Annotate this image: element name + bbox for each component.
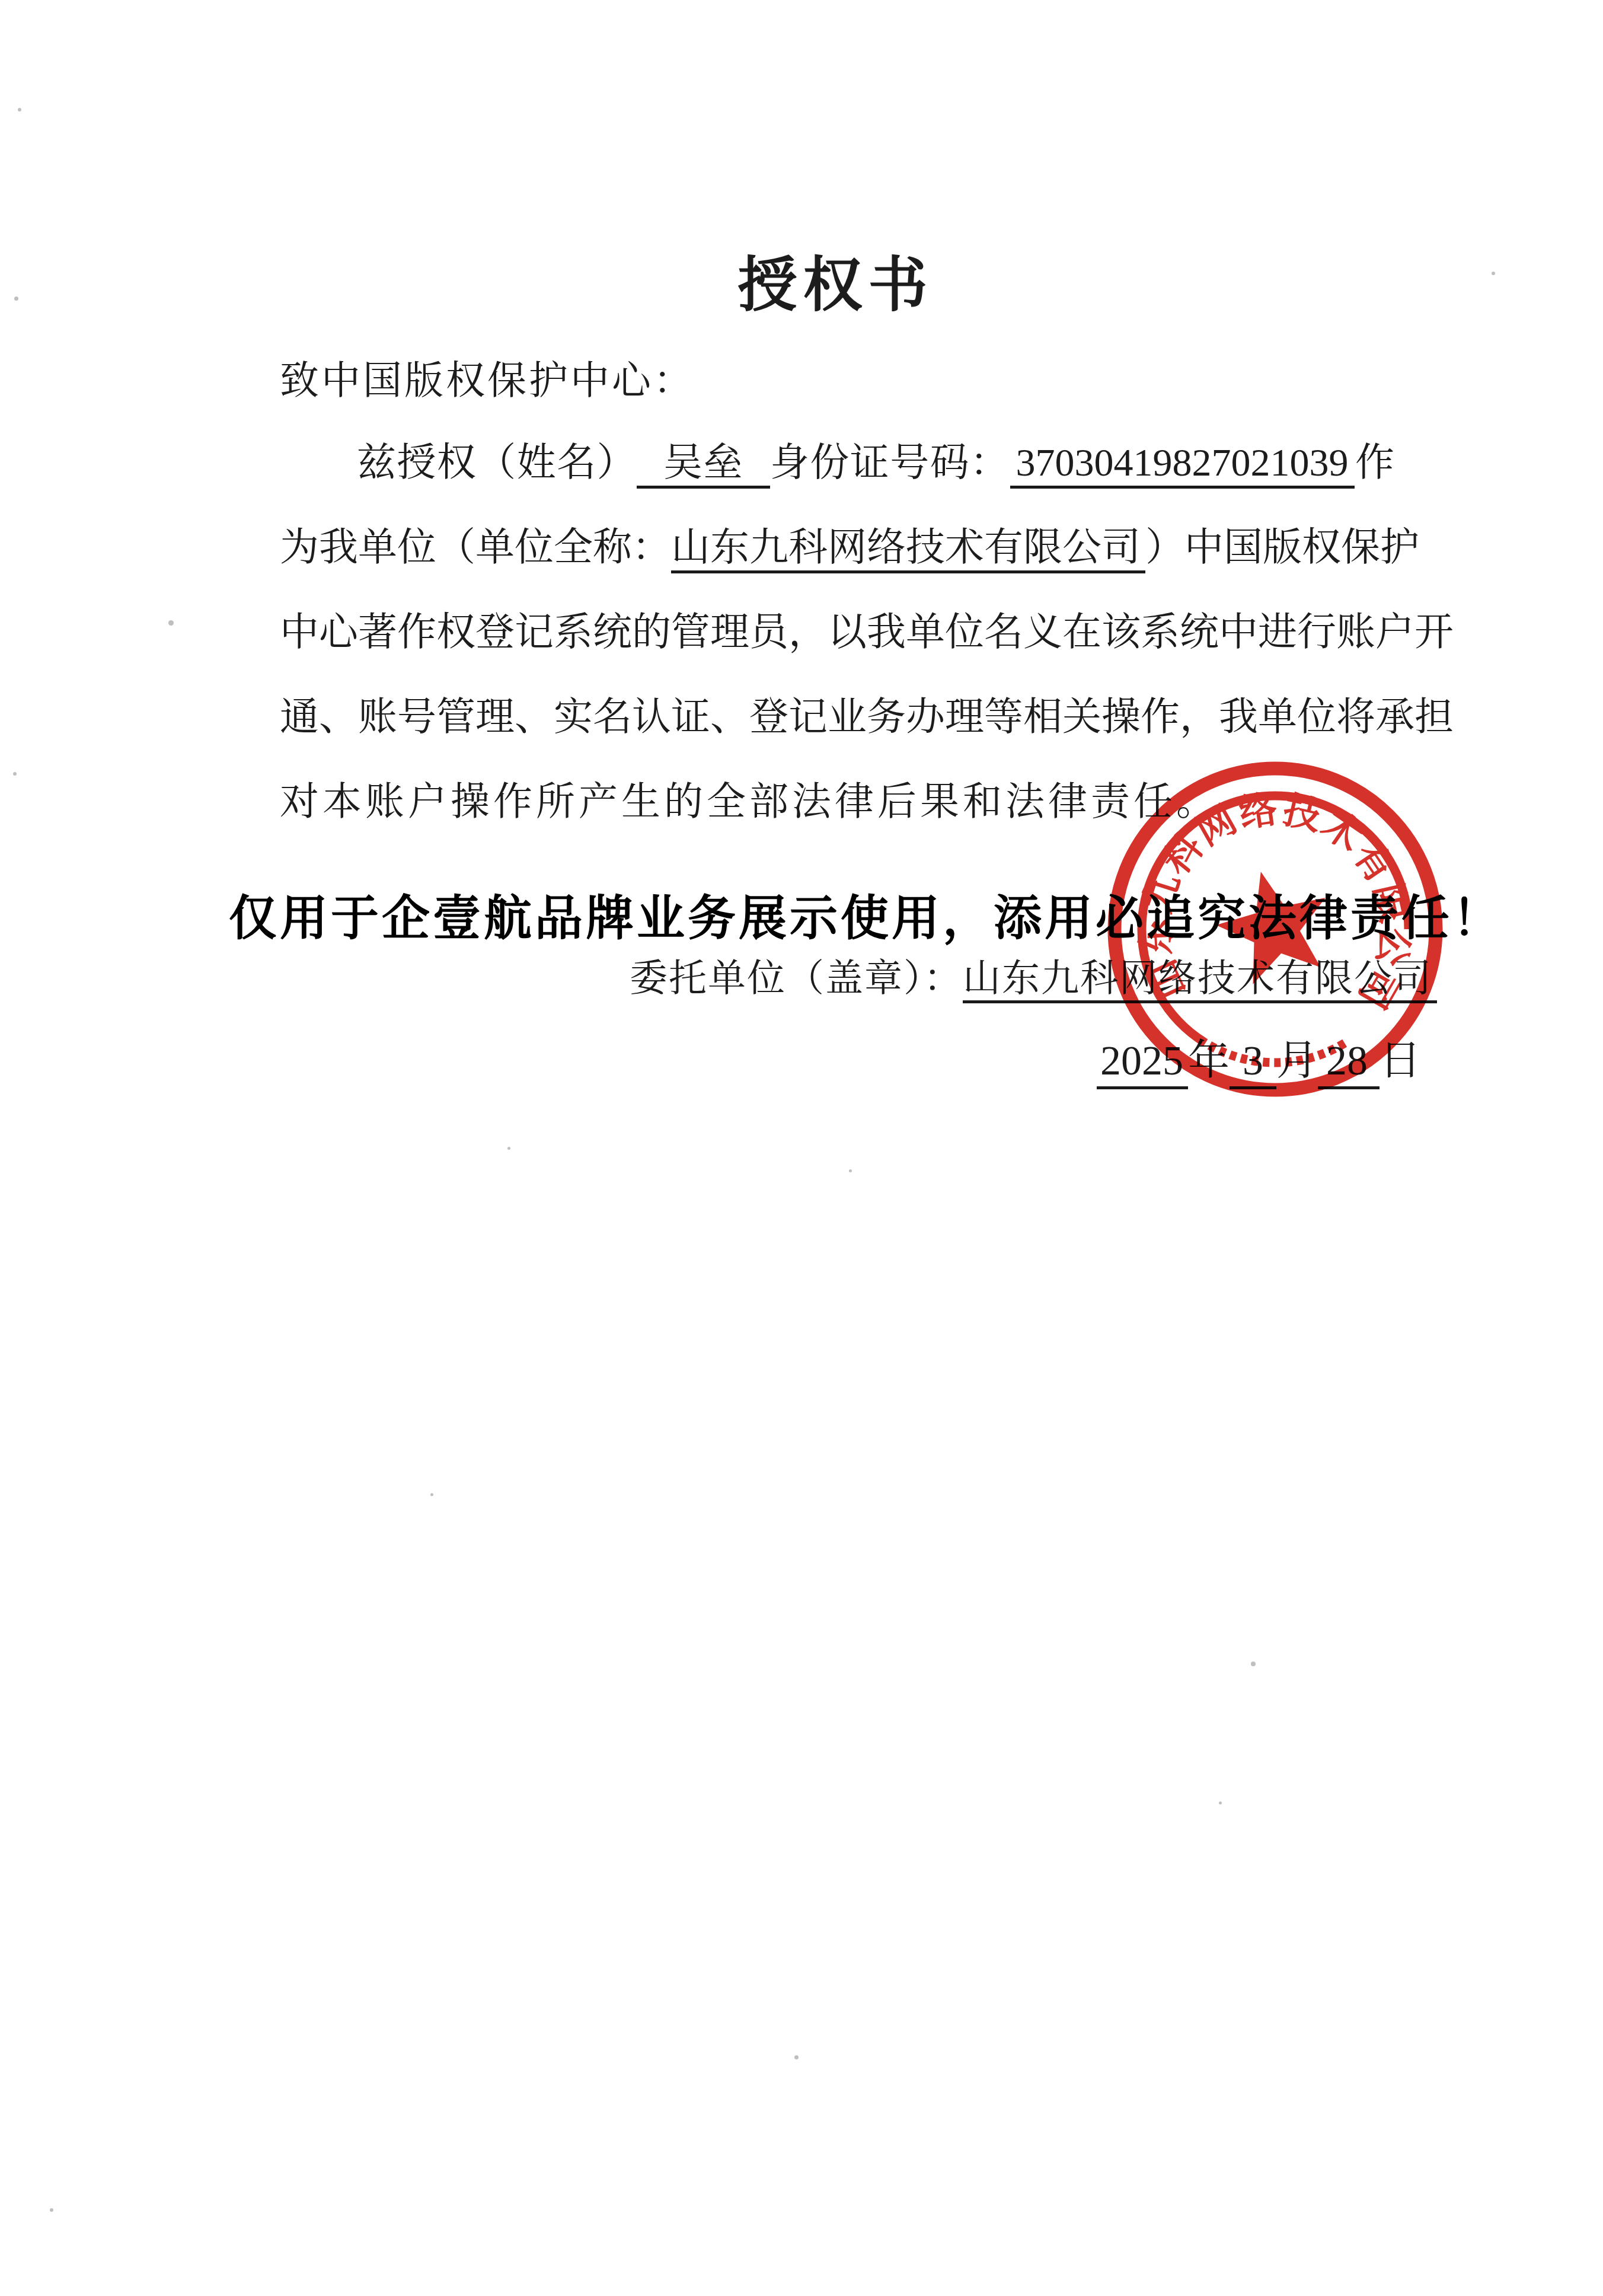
scan-speck <box>849 1169 852 1172</box>
body-line-2: 为我单位（单位全称：山东九科网络技术有限公司）中国版权保护 <box>280 505 1394 590</box>
line1-pre: 兹授权（姓名） <box>357 441 637 484</box>
body-line-1: 兹授权（姓名）吴垒身份证号码：37030419827021039作 <box>280 420 1394 505</box>
scan-speck <box>14 296 18 301</box>
scan-speck <box>430 1493 433 1496</box>
authorization-letter-page: 授权书 致中国版权保护中心： 兹授权（姓名）吴垒身份证号码：3703041982… <box>0 0 1603 2296</box>
scan-speck <box>50 2208 53 2212</box>
scan-speck <box>794 2055 799 2059</box>
scan-speck <box>507 1147 510 1150</box>
page-title: 授权书 <box>277 237 1394 323</box>
scan-speck <box>1492 272 1495 275</box>
line2-pre: 为我单位（单位全称： <box>280 526 671 569</box>
scan-speck <box>1251 1662 1256 1666</box>
scan-speck <box>168 620 174 626</box>
watermark-notice: 仅用于企壹航品牌业务展示使用，添用必追究法律责任！ <box>229 880 1503 949</box>
scan-speck <box>13 772 17 776</box>
line2-post: ）中国版权保护 <box>1145 526 1419 569</box>
line1-post: 作 <box>1355 441 1394 484</box>
seal-char: 司 <box>1350 962 1406 1016</box>
company-name-underlined: 山东九科网络技术有限公司 <box>671 526 1145 573</box>
body-line-3: 中心著作权登记系统的管理员，以我单位名义在该系统中进行账户开 <box>280 590 1394 675</box>
line1-mid: 身份证号码： <box>770 441 1010 484</box>
scan-speck <box>1219 1801 1222 1804</box>
scan-speck <box>18 108 21 111</box>
id-number: 37030419827021039 <box>1010 441 1355 489</box>
salutation: 致中国版权保护中心： <box>280 349 695 405</box>
body-line-4: 通、账号管理、实名认证、登记业务办理等相关操作，我单位将承担 <box>280 675 1394 760</box>
authorized-name: 吴垒 <box>637 441 770 489</box>
signature-label: 委托单位（盖章）： <box>630 957 963 999</box>
